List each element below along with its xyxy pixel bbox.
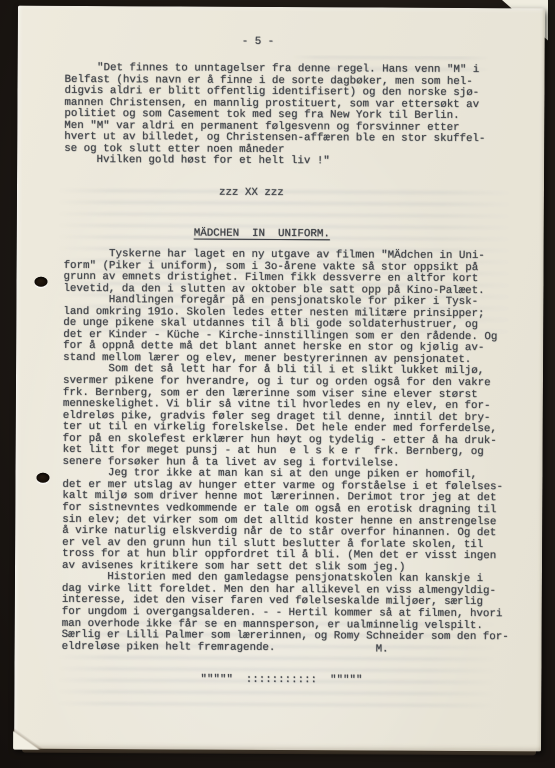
photo-backdrop: - 5 - "Det finnes to unntagelser fra den…: [0, 0, 555, 768]
punch-hole-bottom: [36, 473, 49, 483]
page-number: - 5 -: [242, 37, 274, 49]
punch-hole-top: [34, 277, 47, 287]
document-page: - 5 - "Det finnes to unntagelser fra den…: [14, 6, 545, 752]
section-heading: MÄDCHEN IN UNIFORM.: [194, 229, 330, 241]
article-body: Tyskerne har laget en ny utgave av filme…: [62, 249, 511, 655]
page-fold-bottom-left: [13, 729, 43, 750]
section-separator: zzz XX zzz: [219, 188, 284, 200]
quote-paragraph: "Det finnes to unntagelser fra denne reg…: [64, 63, 486, 169]
footer-ornament: """"" ::::::::::: """"": [200, 675, 362, 687]
author-signature: M.: [376, 645, 389, 657]
